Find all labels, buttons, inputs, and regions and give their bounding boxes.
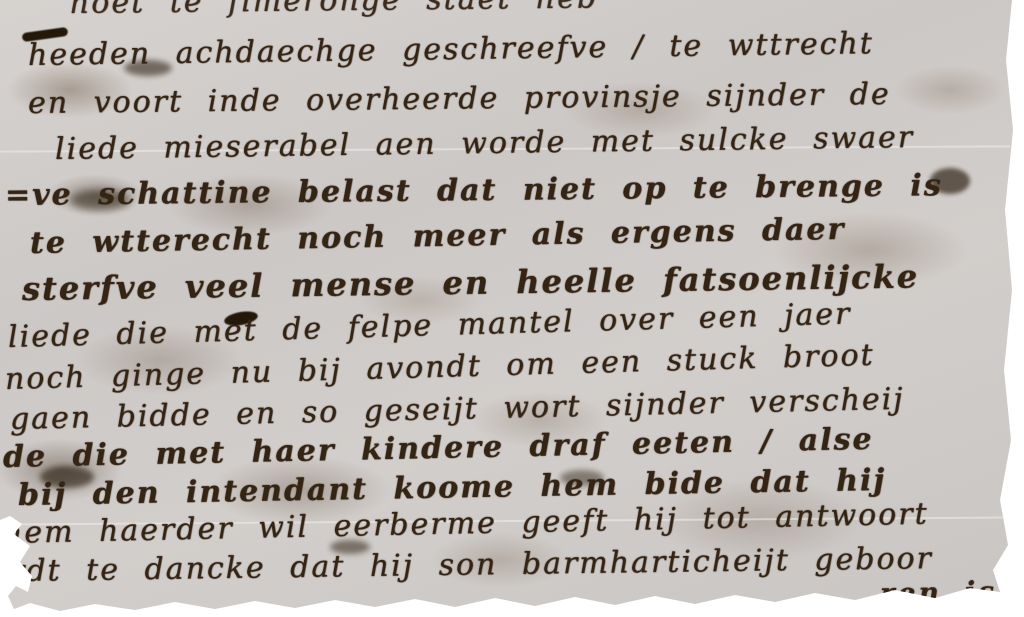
manuscript-line: hoet te fimeronge staet heb xyxy=(70,0,598,21)
manuscript-line: en voort inde overheerde provinsje sijnd… xyxy=(28,77,891,121)
manuscript-line: liede mieserabel aen worde met sulcke sw… xyxy=(55,120,915,167)
paper-sheet: hoet te fimeronge staet heb heeden achda… xyxy=(0,0,1024,617)
manuscript-line: =ve schattine belast dat niet op te bren… xyxy=(5,168,943,213)
manuscript-line: te wtterecht noch meer als ergens daer xyxy=(30,212,846,261)
manuscript-line: rdt te dancke dat hij son barmharticheij… xyxy=(10,541,933,589)
manuscript-line: heeden achdaechge geschreefve / te wttre… xyxy=(28,26,874,73)
manuscript-line-fragment: ren is xyxy=(880,575,998,610)
manuscript-scan: hoet te fimeronge staet heb heeden achda… xyxy=(0,0,1024,617)
